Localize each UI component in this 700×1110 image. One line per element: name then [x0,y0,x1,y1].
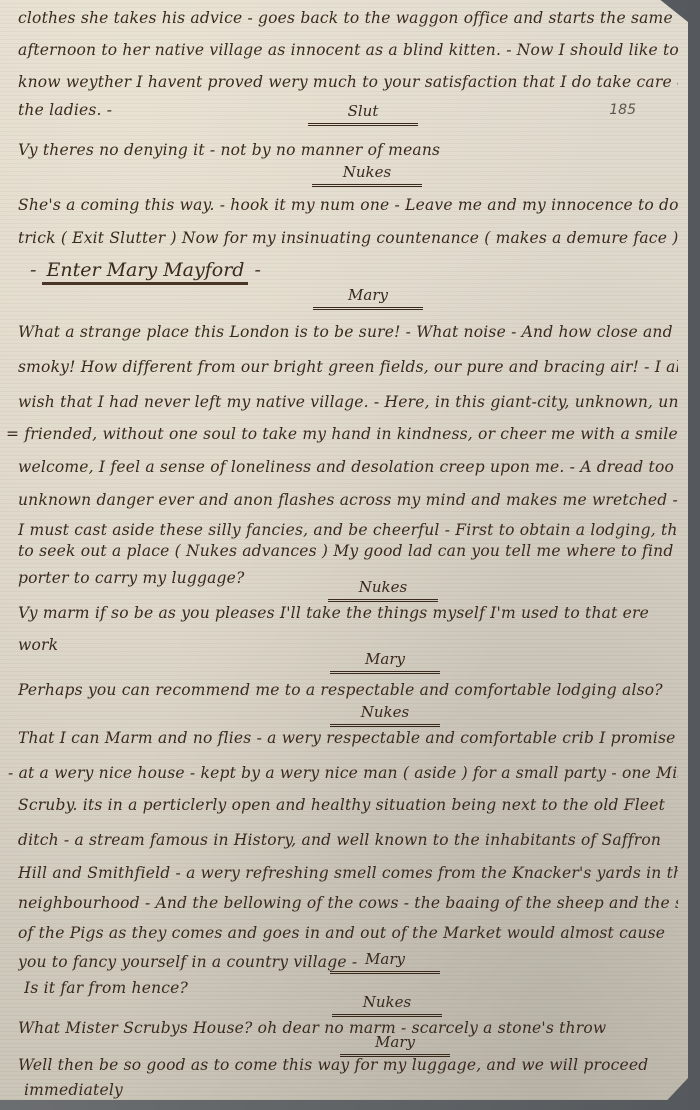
text-fragment: My good lad can you tell me where to fin… [333,542,678,560]
text-fragment: trick [18,229,56,247]
text-fragment: Now for my insinuating countenance [182,229,479,247]
speaker-heading: Slut [308,102,418,126]
stage-direction: ( aside ) [403,764,468,783]
text-line: = friended, without one soul to take my … [6,424,678,444]
text-line: What a strange place this London is to b… [18,322,678,342]
speaker-heading: Nukes [328,578,438,602]
text-line: afternoon to her native village as innoc… [18,40,678,60]
enter-mary-mayford: Enter Mary Mayford [42,259,248,285]
text-line: I must cast aside these silly fancies, a… [18,520,678,540]
manuscript-text: clothes she takes his advice - goes back… [0,0,688,1100]
speaker-heading: Nukes [330,703,440,727]
stage-direction: ( Nukes advances ) [175,542,329,561]
text-line: know weyther I havent proved wery much t… [18,72,678,92]
text-line: welcome, I feel a sense of loneliness an… [18,457,678,477]
speaker-heading: Mary [313,286,423,310]
text-line: clothes she takes his advice - goes back… [18,8,678,28]
dash: - [255,259,261,281]
dash: - [30,259,36,281]
text-line: neighbourhood - And the bellowing of the… [18,893,678,913]
speaker-heading: Nukes [332,993,442,1017]
page-number: 185 [609,102,636,118]
text-line: to seek out a place ( Nukes advances ) M… [18,541,678,561]
text-line: She's a coming this way. - hook it my nu… [18,195,678,215]
text-line: of the Pigs as they comes and goes in an… [18,923,678,943]
stage-direction: ( makes a demure face ) [484,229,678,248]
speaker-heading: Mary [340,1033,450,1057]
stage-direction: ( Exit Slutter ) [61,229,177,248]
text-line: ditch - a stream famous in History, and … [18,830,678,850]
text-line: Well then be so good as to come this way… [18,1055,678,1075]
entrance-direction: - Enter Mary Mayford - [30,258,261,282]
text-line: immediately [24,1080,678,1100]
text-line: Vy theres no denying it - not by no mann… [18,140,678,160]
speaker-heading: Mary [330,950,440,974]
text-fragment: - at a wery nice house - kept by a wery … [8,764,398,782]
text-fragment: for a small party - one Mister [473,764,678,782]
speaker-heading: Nukes [312,163,422,187]
text-line: That I can Marm and no flies - a wery re… [18,728,678,748]
text-line: - at a wery nice house - kept by a wery … [8,763,678,783]
text-line: Hill and Smithfield - a wery refreshing … [18,863,678,883]
text-line: trick ( Exit Slutter ) Now for my insinu… [18,228,678,248]
text-line: Vy marm if so be as you pleases I'll tak… [18,603,678,623]
text-line: wish that I had never left my native vil… [18,392,678,412]
text-line: Scruby. its in a perticlerly open and he… [18,795,678,815]
text-line: smoky! How different from our bright gre… [18,357,678,377]
text-fragment: to seek out a place [18,542,170,560]
text-line: Perhaps you can recommend me to a respec… [18,680,678,700]
speaker-heading: Mary [330,650,440,674]
text-line: unknown danger ever and anon flashes acr… [18,490,678,510]
